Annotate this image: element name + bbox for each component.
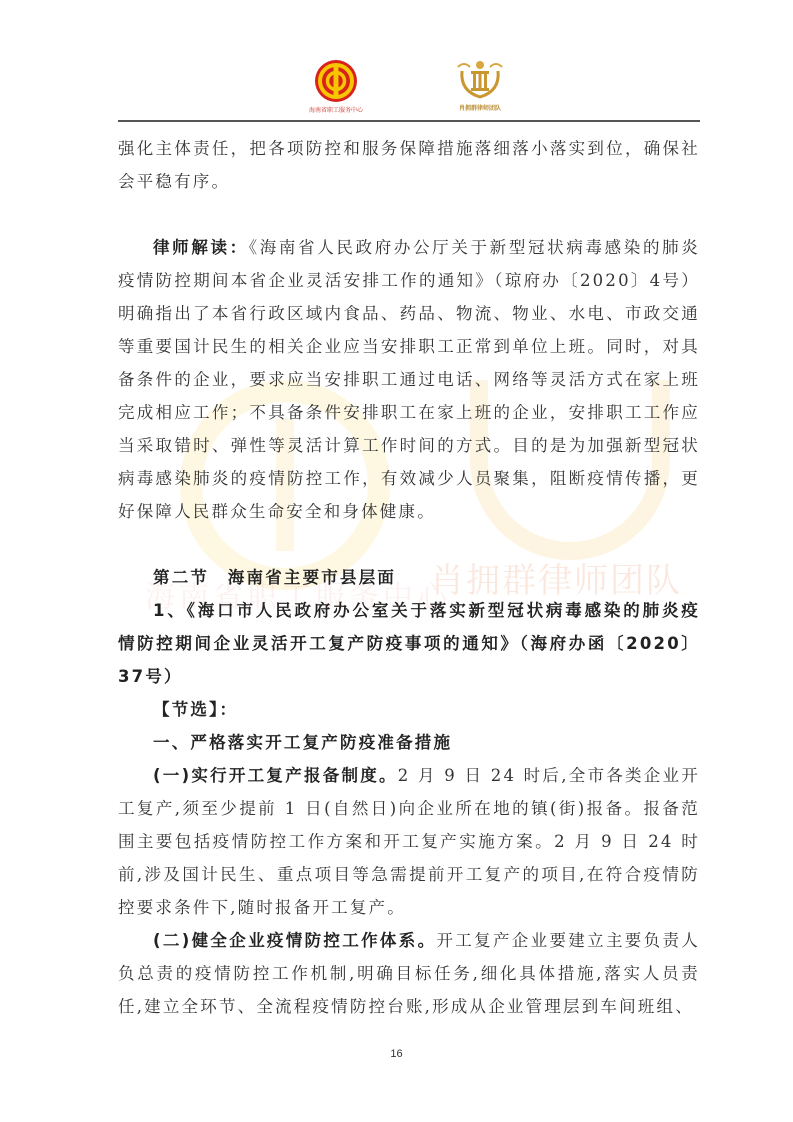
left-logo-caption: 海南省职工服务中心 bbox=[306, 105, 366, 114]
item-1b: (二)健全企业疫情防控工作体系。开工复产企业要建立主要负责人负总责的疫情防控工作… bbox=[118, 924, 700, 1023]
union-emblem-icon bbox=[314, 59, 358, 103]
lawyer-interpretation: 律师解读：《海南省人民政府办公厅关于新型冠状病毒感染的肺炎疫情防控期间本省企业灵… bbox=[118, 231, 700, 528]
item-heading-1: 一、严格落实开工复产防疫准备措施 bbox=[118, 726, 700, 759]
section-heading: 第二节 海南省主要市县层面 bbox=[118, 561, 700, 594]
hainan-workers-logo: 海南省职工服务中心 bbox=[306, 59, 366, 114]
document-body: 强化主体责任，把各项防控和服务保障措施落细落小落实到位，确保社会平稳有序。 律师… bbox=[118, 132, 700, 1023]
header-divider bbox=[118, 120, 700, 122]
item-1a-label: (一)实行开工复产报备制度。 bbox=[153, 766, 398, 785]
lawyer-interpretation-label: 律师解读： bbox=[153, 238, 249, 257]
xiao-team-logo: 肖拥群律师团队 bbox=[440, 59, 520, 112]
item-1b-label: (二)健全企业疫情防控工作体系。 bbox=[153, 931, 436, 950]
page-number: 16 bbox=[0, 1048, 793, 1060]
excerpt-label: 【节选】： bbox=[118, 693, 700, 726]
lawyer-interpretation-body: 《海南省人民政府办公厅关于新型冠状病毒感染的肺炎疫情防控期间本省企业灵活安排工作… bbox=[118, 238, 700, 521]
item-1a-body: 2 月 9 日 24 时后,全市各类企业开工复产,须至少提前 1 日(自然日)向… bbox=[118, 766, 700, 917]
pillar-emblem-icon bbox=[456, 59, 504, 101]
document-title: 1、《海口市人民政府办公室关于落实新型冠状病毒感染的肺炎疫情防控期间企业灵活开工… bbox=[118, 594, 700, 693]
page-header: 海南省职工服务中心 肖拥群律师团队 bbox=[118, 55, 700, 127]
item-1a: (一)实行开工复产报备制度。2 月 9 日 24 时后,全市各类企业开工复产,须… bbox=[118, 759, 700, 924]
right-logo-caption: 肖拥群律师团队 bbox=[440, 103, 520, 112]
paragraph-continuation: 强化主体责任，把各项防控和服务保障措施落细落小落实到位，确保社会平稳有序。 bbox=[118, 132, 700, 198]
